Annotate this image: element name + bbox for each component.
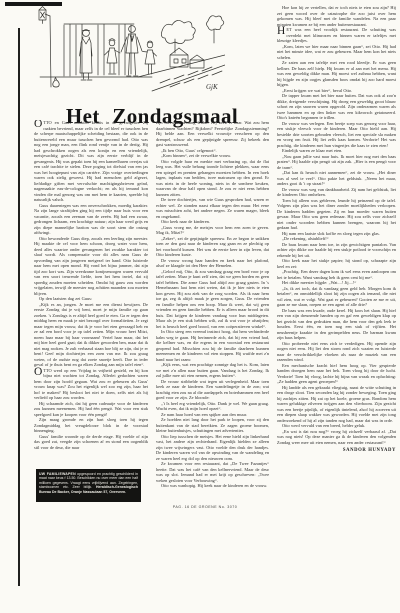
magazine-page: GjK Het Zondagsmaal OTTO en Guus maakten… (0, 0, 400, 613)
text-column-3: Hoe kon hij ze vertellen, dat er toch ni… (277, 5, 396, 503)
story-paragraph: „Kijk eens, wat een prachtige zonnige da… (156, 362, 269, 379)
advert-headline: UW FAMILIEWAPEN (39, 472, 76, 476)
story-paragraph: OTTO werd op een Vrijdag in vrijheid ges… (34, 368, 148, 401)
story-paragraph: Otto was wanhopig. Hij keek naar de kind… (156, 483, 269, 489)
story-paragraph: zijn meester's woning leidde. Hij keek e… (156, 120, 269, 148)
story-paragraph: Otto keek naar het stukje papier; hij st… (277, 258, 396, 269)
story-paragraph: Otto probeerde niet eens zich te verdedi… (277, 341, 396, 363)
figure-girl-left (105, 39, 121, 74)
story-paragraph: „Zeker“, zei de gepijnigde spreeuw. En z… (156, 236, 269, 258)
lamppost (39, 7, 51, 88)
story-paragraph: Hij landde als een gekraakt vliegtuig, n… (277, 385, 396, 424)
story-paragraph: Ze hoefden niet lang door het park te lo… (156, 417, 269, 434)
illustrator-monogram: GjK (206, 83, 218, 91)
story-paragraph: Een mechanische kracht hief hem hoog op.… (277, 363, 396, 385)
story-paragraph: OTTO en Guus maakten kennis in de gevang… (34, 120, 148, 203)
story-paragraph: Ze zaten aan een tafeltje met een rood k… (277, 60, 396, 88)
story-paragraph: HET was een heel vroolijk restaurant. De… (277, 27, 396, 44)
story-paragraph: „Guus vroeg me, de meisjes voor hem een … (156, 225, 269, 236)
story-paragraph: „Nou gaan jullie vast naar huis. Ik moet… (277, 154, 396, 171)
figure-woman (80, 30, 93, 80)
trees (161, 16, 223, 53)
story-paragraph: Guus' familie woonde op de derde etage. … (34, 434, 148, 451)
story-paragraph: In Otto steeg een vreemd instinct hoog, … (156, 329, 269, 362)
story-paragraph: „Geloof mij, Otto, ik zou vandaag graag … (156, 269, 269, 330)
page-footer: PAG. 16 DE GROENE No. 3070 (145, 505, 265, 509)
cat (53, 78, 59, 88)
story-paragraph: Guus daarentegen was een onverschrokken,… (34, 203, 148, 236)
story-paragraph: De twee dochtertjes, van wie Guus gespro… (156, 197, 269, 219)
story-paragraph: „Kom, laten we hier maar naar binnen gaa… (277, 44, 396, 61)
drop-cap: H (277, 27, 286, 37)
fence (64, 24, 134, 76)
story-paragraph: Toen hij alleen was gebleven, leunde hij… (277, 198, 396, 231)
family-crest-advertisement: UW FAMILIEWAPEN opgespoord en prachtig g… (36, 469, 141, 502)
story-paragraph: De tapper kwam met het bier naar buiten.… (277, 93, 396, 121)
story-paragraph: Otto liep tusschen de meisjes. Het eene … (156, 434, 269, 462)
figure-girl-right (143, 41, 157, 74)
story-paragraph: De baas was een kwade, oude kerel. Hij k… (277, 308, 396, 341)
drop-cap: O (34, 368, 43, 378)
author-signature: SANDOR HUNYADY (277, 448, 396, 454)
story-paragraph: „'t Is heel erg vriendelijk, Otto. Dank … (156, 401, 269, 412)
story-illustration: GjK (20, 3, 225, 93)
story-paragraph: „Dat kan ik heusch niet aannemen“, zei d… (277, 170, 396, 187)
page-border-left (18, 28, 20, 586)
story-paragraph: „Prachtig. Een dezer dagen kom ik wel ee… (277, 269, 396, 280)
story-paragraph: De vrouw was weg van dankbaarheid. Zij n… (277, 187, 396, 198)
story-paragraph: De baas kwam naar hem toe, in zijn gewic… (277, 242, 396, 259)
houses (170, 48, 204, 68)
text-column-1: OTTO en Guus maakten kennis in de gevang… (34, 120, 148, 469)
story-paragraph: De vrouw wrong haar handen en keek naar … (156, 258, 269, 269)
story-paragraph: Otto bewonderde Guus diep, zooals een le… (34, 236, 148, 297)
story-paragraph: „En wat is dat nou nog?“ vroeg hij zichz… (277, 429, 396, 446)
text-column-2: zijn meester's woning leidde. Hij keek e… (156, 120, 269, 504)
figure-man (121, 26, 142, 76)
story-paragraph: Hij schaamde zich, dat hij geen cadeautj… (34, 401, 148, 418)
story-paragraph: De vrouw was verlegen. Een beetje soep w… (277, 121, 396, 149)
story-paragraph: „Kijk es an, jongen. Je moet me een dien… (34, 302, 148, 368)
story-paragraph: De vrouw stribbelde wat tegen uit verleg… (156, 379, 269, 401)
story-paragraph: Otto volgde haar en merkte met verbazing… (156, 159, 269, 198)
drop-cap: O (34, 120, 43, 130)
story-paragraph: „Ja, ik zei toch, dat ik vandaag geen ge… (277, 286, 396, 308)
story-paragraph: Zijn maag gromde en zijn hart sloeg toen… (34, 417, 148, 434)
story-paragraph: Ze kwamen voor een restaurant, dat „De T… (156, 461, 269, 483)
story-paragraph: Hoe kon hij ze vertellen, dat er toch ni… (277, 5, 396, 27)
text-column-3-paragraphs: Hoe kon hij ze vertellen, dat er toch ni… (277, 5, 396, 445)
